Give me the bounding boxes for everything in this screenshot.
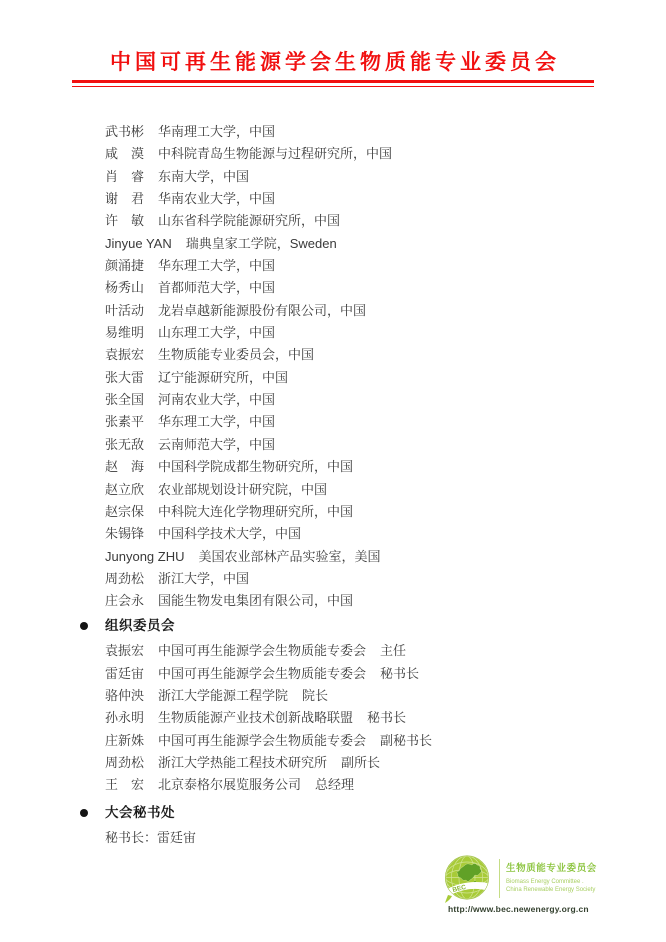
committee-member-role: 秘书长 [380, 663, 419, 685]
committee-member-org: 中国可再生能源学会生物质能专委会 [158, 663, 366, 685]
committee-member-org: 浙江大学能源工程学院 [158, 685, 288, 707]
committee-member-role: 副秘书长 [380, 730, 432, 752]
member-affiliation: 瑞典皇家工学院，Sweden [186, 233, 337, 255]
committee-member-name: 孙永明 [105, 707, 144, 729]
title-divider-rule [72, 80, 594, 87]
organizing-committee-section: 组织委员会 袁振宏 中国可再生能源学会生物质能专委会 主任 雷廷宙 中国可再生能… [80, 615, 432, 797]
member-name: 张全国 [105, 389, 144, 411]
member-affiliation: 东南大学，中国 [158, 166, 249, 188]
committee-row: 袁振宏 中国可再生能源学会生物质能专委会 主任 [105, 640, 432, 662]
committee-row: 庄新姝 中国可再生能源学会生物质能专委会 副秘书长 [105, 730, 432, 752]
committee-member-name: 袁振宏 [105, 640, 144, 662]
member-affiliation: 中科院大连化学物理研究所，中国 [158, 501, 353, 523]
member-name: 朱锡锋 [105, 523, 144, 545]
member-affiliation: 生物质能专业委员会，中国 [158, 344, 314, 366]
member-name: 庄会永 [105, 590, 144, 612]
logo-cn-name: 生物质能专业委员会 [506, 860, 597, 874]
member-row: 赵宗保 中科院大连化学物理研究所，中国 [105, 501, 392, 523]
member-affiliation: 河南农业大学，中国 [158, 389, 275, 411]
member-row: Jinyue YAN 瑞典皇家工学院，Sweden [105, 233, 392, 255]
member-name: 周劲松 [105, 568, 144, 590]
member-affiliation: 浙江大学，中国 [158, 568, 249, 590]
member-row: 咸 漠 中科院青岛生物能源与过程研究所，中国 [105, 143, 392, 165]
organizing-committee-header: 组织委员会 [80, 615, 432, 637]
secretariat-section: 大会秘书处 秘书长：雷廷宙 [80, 802, 196, 850]
member-name: 赵 海 [105, 456, 144, 478]
member-row: 张大雷 辽宁能源研究所，中国 [105, 367, 392, 389]
section-title: 大会秘书处 [105, 802, 175, 824]
committee-row: 王 宏 北京泰格尔展览服务公司 总经理 [105, 774, 432, 796]
member-name: 谢 君 [105, 188, 144, 210]
member-row: 张无敌 云南师范大学，中国 [105, 434, 392, 456]
member-affiliation: 华南农业大学，中国 [158, 188, 275, 210]
member-list: 武书彬 华南理工大学，中国 咸 漠 中科院青岛生物能源与过程研究所，中国 肖 睿… [105, 121, 392, 613]
member-affiliation: 辽宁能源研究所，中国 [158, 367, 288, 389]
member-row: 易维明 山东理工大学，中国 [105, 322, 392, 344]
committee-member-role: 秘书长 [367, 707, 406, 729]
committee-row: 周劲松 浙江大学热能工程技术研究所 副所长 [105, 752, 432, 774]
member-row: 叶活动 龙岩卓越新能源股份有限公司，中国 [105, 300, 392, 322]
member-name: 武书彬 [105, 121, 144, 143]
member-affiliation: 华东理工大学，中国 [158, 411, 275, 433]
member-row: Junyong ZHU 美国农业部林产品实验室，美国 [105, 546, 392, 568]
member-name: 咸 漠 [105, 143, 144, 165]
committee-member-name: 周劲松 [105, 752, 144, 774]
member-row: 张素平 华东理工大学，中国 [105, 411, 392, 433]
member-name: 叶活动 [105, 300, 144, 322]
committee-member-name: 王 宏 [105, 774, 144, 796]
committee-member-org: 北京泰格尔展览服务公司 [158, 774, 301, 796]
member-name: 许 敏 [105, 210, 144, 232]
member-affiliation: 云南师范大学，中国 [158, 434, 275, 456]
committee-member-name: 庄新姝 [105, 730, 144, 752]
member-row: 袁振宏 生物质能专业委员会，中国 [105, 344, 392, 366]
bullet-icon [80, 809, 88, 817]
member-affiliation: 中科院青岛生物能源与过程研究所，中国 [158, 143, 392, 165]
member-row: 杨秀山 首都师范大学，中国 [105, 277, 392, 299]
member-affiliation: 华东理工大学，中国 [158, 255, 275, 277]
member-row: 庄会永 国能生物发电集团有限公司，中国 [105, 590, 392, 612]
committee-member-org: 浙江大学热能工程技术研究所 [158, 752, 327, 774]
member-name: 杨秀山 [105, 277, 144, 299]
member-row: 周劲松 浙江大学，中国 [105, 568, 392, 590]
member-name: 易维明 [105, 322, 144, 344]
member-row: 肖 睿 东南大学，中国 [105, 166, 392, 188]
member-affiliation: 山东省科学院能源研究所，中国 [158, 210, 340, 232]
committee-member-name: 骆仲泱 [105, 685, 144, 707]
logo-en-name: Biomass Energy Committee . China Renewab… [506, 879, 597, 894]
member-name: 张大雷 [105, 367, 144, 389]
logo-en-line2: China Renewable Energy Society [506, 887, 597, 895]
secretariat-header: 大会秘书处 [80, 802, 196, 824]
member-affiliation: 龙岩卓越新能源股份有限公司，中国 [158, 300, 366, 322]
committee-member-role: 主任 [380, 640, 406, 662]
member-name: Jinyue YAN [105, 233, 172, 255]
member-name: Junyong ZHU [105, 546, 184, 568]
member-row: 武书彬 华南理工大学，中国 [105, 121, 392, 143]
member-name: 颜涌捷 [105, 255, 144, 277]
member-affiliation: 中国科学技术大学，中国 [158, 523, 301, 545]
member-affiliation: 华南理工大学，中国 [158, 121, 275, 143]
logo-separator-line [499, 859, 500, 898]
member-affiliation: 中国科学院成都生物研究所，中国 [158, 456, 353, 478]
footer-url-link[interactable]: http://www.bec.newenergy.org.cn [448, 904, 589, 914]
organizing-committee-list: 袁振宏 中国可再生能源学会生物质能专委会 主任 雷廷宙 中国可再生能源学会生物质… [80, 640, 432, 796]
member-row: 张全国 河南农业大学，中国 [105, 389, 392, 411]
bec-globe-logo-icon: BEC [444, 855, 494, 905]
committee-member-org: 生物质能源产业技术创新战略联盟 [158, 707, 353, 729]
bullet-icon [80, 622, 88, 630]
member-name: 肖 睿 [105, 166, 144, 188]
committee-member-role: 院长 [302, 685, 328, 707]
member-row: 颜涌捷 华东理工大学，中国 [105, 255, 392, 277]
member-row: 赵立欣 农业部规划设计研究院，中国 [105, 479, 392, 501]
committee-row: 孙永明 生物质能源产业技术创新战略联盟 秘书长 [105, 707, 432, 729]
member-affiliation: 农业部规划设计研究院，中国 [158, 479, 327, 501]
member-affiliation: 首都师范大学，中国 [158, 277, 275, 299]
page-title: 中国可再生能源学会生物质能专业委员会 [0, 46, 666, 76]
logo-text-block: 生物质能专业委员会 Biomass Energy Committee . Chi… [506, 860, 597, 894]
committee-member-org: 中国可再生能源学会生物质能专委会 [158, 640, 366, 662]
committee-member-role: 总经理 [315, 774, 354, 796]
member-affiliation: 国能生物发电集团有限公司，中国 [158, 590, 353, 612]
committee-member-name: 雷廷宙 [105, 663, 144, 685]
member-name: 赵宗保 [105, 501, 144, 523]
member-name: 张无敌 [105, 434, 144, 456]
committee-row: 雷廷宙 中国可再生能源学会生物质能专委会 秘书长 [105, 663, 432, 685]
member-row: 谢 君 华南农业大学，中国 [105, 188, 392, 210]
committee-row: 骆仲泱 浙江大学能源工程学院 院长 [105, 685, 432, 707]
logo-en-line1: Biomass Energy Committee . [506, 879, 597, 887]
member-name: 赵立欣 [105, 479, 144, 501]
member-row: 赵 海 中国科学院成都生物研究所，中国 [105, 456, 392, 478]
member-affiliation: 山东理工大学，中国 [158, 322, 275, 344]
member-affiliation: 美国农业部林产品实验室，美国 [198, 546, 380, 568]
member-name: 张素平 [105, 411, 144, 433]
section-title: 组织委员会 [105, 615, 175, 637]
committee-member-org: 中国可再生能源学会生物质能专委会 [158, 730, 366, 752]
document-page: 中国可再生能源学会生物质能专业委员会 武书彬 华南理工大学，中国 咸 漠 中科院… [0, 0, 666, 942]
member-name: 袁振宏 [105, 344, 144, 366]
member-row: 朱锡锋 中国科学技术大学，中国 [105, 523, 392, 545]
member-row: 许 敏 山东省科学院能源研究所，中国 [105, 210, 392, 232]
committee-member-role: 副所长 [341, 752, 380, 774]
secretary-line: 秘书长：雷廷宙 [105, 827, 196, 849]
